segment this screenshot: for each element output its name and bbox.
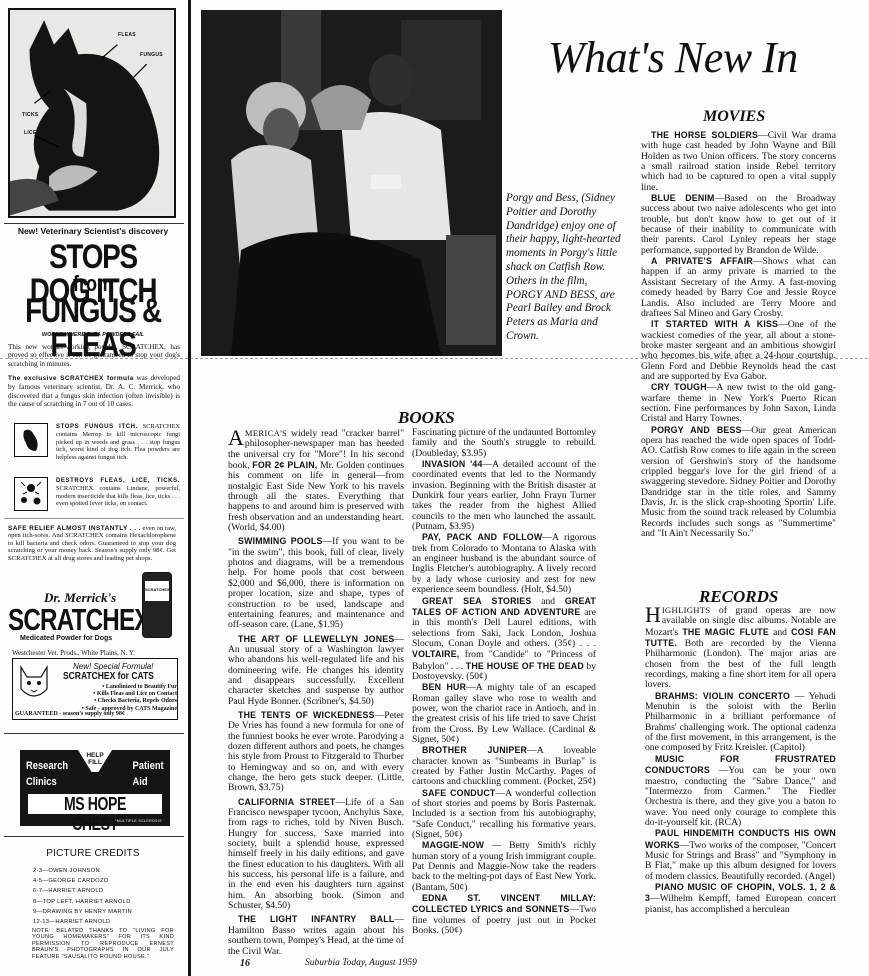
movie-title: CRY TOUGH: [651, 382, 707, 392]
record-title: THE MAGIC FLUTE: [682, 627, 769, 637]
ms-footnote: *MULTIPLE SCLEROSIS: [115, 819, 162, 823]
books-column-1: AMERICA'S widely read "cracker barrel" p…: [228, 428, 404, 960]
intro-caps: IGHLIGHTS: [662, 605, 711, 615]
book-title: INVASION '44: [422, 459, 483, 469]
cats-guarantee: GUARANTEED - season's supply only 98¢: [15, 711, 125, 717]
book-entry: SAFE CONDUCT—A wonderful collection of s…: [412, 788, 596, 841]
ms-help-fill: HELPFILL: [78, 750, 112, 772]
book-entry: THE ART OF LLEWELLYN JONES—An unusual st…: [228, 634, 404, 707]
book-text: —Life of a San Francisco newspaper tycoo…: [228, 797, 404, 911]
credit-item: 8—TOP LEFT, HARRIET ARNOLD: [33, 897, 132, 907]
movie-entry: BLUE DENIM—Based on the Broadway success…: [641, 193, 836, 256]
books-column-2: Fascinating picture of the undaunted Bot…: [412, 428, 596, 937]
book-text: —A rigorous trek from Colorado to Montan…: [412, 532, 596, 595]
intro-caps: MERICA'S: [245, 428, 287, 438]
ms-hope-chest-label: MS HOPE CHEST: [28, 794, 162, 814]
book-text: —Peter De Vries has found a new formula …: [228, 710, 404, 793]
book-entry: SWIMMING POOLS—If you want to be "in the…: [228, 536, 404, 630]
ad-maker: Westchester Vet. Prods., White Plains, N…: [12, 649, 135, 657]
book-title: BEN HUR: [422, 682, 466, 692]
lice-label: LICE: [24, 130, 37, 136]
intro-text: Mr. Golden continues his comment on life…: [228, 460, 404, 533]
cats-special: New! Special Formula!: [73, 662, 153, 671]
book-entry: THE LIGHT INFANTRY BALL—Hamilton Basso w…: [228, 914, 404, 956]
book-title: PAY, PACK AND FOLLOW: [422, 532, 542, 542]
cats-bullet: • Kills Fleas and Lice on Contact: [43, 691, 177, 698]
product-can: SCRATCHEX: [142, 572, 172, 638]
movies-column: THE HORSE SOLDIERS—Civil War drama with …: [641, 130, 836, 539]
book-continuation: Fascinating picture of the undaunted Bot…: [412, 428, 596, 459]
book-title: VOLTAIRE,: [412, 649, 459, 659]
record-entry: MUSIC FOR FRUSTRATED CONDUCTORS —You can…: [645, 754, 836, 828]
ticks-label: TICKS: [22, 112, 39, 118]
movie-text: —One of the wackiest comedies of the yea…: [641, 319, 836, 382]
movie-title: IT STARTED WITH A KISS: [651, 319, 778, 329]
section-title-movies: MOVIES: [703, 108, 765, 126]
magazine-line: Suburbia Today, August 1959: [305, 958, 417, 968]
book-title: SAFE CONDUCT: [422, 788, 496, 798]
ad-paragraph: This new wonder-working powder, SCRATCHE…: [8, 343, 180, 368]
movie-text: —Shows what can happen if an army privat…: [641, 256, 836, 319]
photo-caption: Porgy and Bess, (Sidney Poitier and Doro…: [506, 192, 626, 344]
book-entry: BEN HUR—A mighty tale of an escaped Roma…: [412, 682, 596, 745]
ad-lead: SAFE RELIEF ALMOST INSTANTLY . . .: [8, 525, 141, 532]
divider: [4, 223, 184, 224]
ad-paragraph: The exclusive SCRATCHEX formula was deve…: [8, 374, 180, 409]
drop-cap: A: [228, 429, 244, 446]
ms-right-text: PatientAid: [133, 758, 164, 790]
book-title: THE HOUSE OF THE DEAD: [466, 661, 584, 671]
record-entry: PAUL HINDEMITH CONDUCTS HIS OWN WORKS—Tw…: [645, 828, 836, 882]
column-divider: [188, 0, 191, 976]
fungus-label: FUNGUS: [140, 52, 163, 58]
cats-bullets: • Lanolinized to Beautify Fur • Kills Fl…: [43, 684, 177, 713]
movie-entry: IT STARTED WITH A KISS—One of the wackie…: [641, 319, 836, 382]
ad-subhead: WORKS WHERE FLEA POWDERS FAIL: [0, 332, 186, 338]
book-entry: PAY, PACK AND FOLLOW—A rigorous trek fro…: [412, 532, 596, 595]
picture-credits-title: PICTURE CREDITS: [0, 848, 186, 859]
movie-text: —Civil War drama with huge cast headed b…: [641, 130, 836, 193]
books-intro: AMERICA'S widely read "cracker barrel" p…: [228, 428, 404, 533]
cats-title: SCRATCHEX for CATS: [63, 671, 154, 682]
book-entry: THE TENTS OF WICKEDNESS—Peter De Vries h…: [228, 710, 404, 794]
divider: [4, 518, 184, 519]
fleas-label: FLEAS: [118, 32, 136, 38]
book-text: —If you want to be "in the swim", this b…: [228, 536, 404, 630]
book-title: THE LIGHT INFANTRY BALL: [238, 914, 394, 924]
picture-credits-list: 2-3—OWEN JOHNSON 4-5—GEORGE CARDOZO 6-7—…: [33, 866, 132, 927]
book-title: GREAT SEA STORIES: [422, 596, 531, 606]
cats-formula-box: New! Special Formula! SCRATCHEX for CATS…: [12, 658, 178, 720]
cats-bullet: • Lanolinized to Beautify Fur: [43, 684, 177, 691]
book-text: —A mighty tale of an escaped Roman galle…: [412, 682, 596, 745]
page-number: 16: [240, 958, 250, 969]
credit-item: 4-5—GEORGE CARDOZO: [33, 876, 132, 886]
section-title-books: BOOKS: [398, 408, 455, 428]
intro-text: and: [769, 627, 791, 638]
movie-title: PORGY AND BESS: [651, 425, 742, 435]
fungus-box: [14, 423, 48, 457]
record-text: —Wilhelm Kempff, famed European concert …: [645, 893, 836, 914]
records-column: HIGHLIGHTS of grand operas are now avail…: [645, 605, 836, 915]
ad-lead: The exclusive SCRATCHEX formula: [8, 375, 134, 382]
section-title-records: RECORDS: [699, 587, 778, 607]
book-text: —A detailed account of the coordinated e…: [412, 459, 596, 532]
box-lead: DESTROYS FLEAS, LICE, TICKS.: [56, 478, 180, 484]
ad-tagline: Medicated Powder for Dogs: [20, 635, 112, 642]
movie-text: —Our great American opera has reached th…: [641, 425, 836, 539]
book-text: —An unusual story of a Washington lawyer…: [228, 634, 404, 707]
book-title: THE TENTS OF WICKEDNESS: [238, 710, 375, 720]
movie-title: THE HORSE SOLDIERS: [651, 130, 758, 140]
brand-logo: SCRATCHEX: [8, 602, 150, 638]
record-entry: PIANO MUSIC OF CHOPIN, VOLS. 1, 2 & 3—Wi…: [645, 882, 836, 915]
ad-paragraph: SAFE RELIEF ALMOST INSTANTLY . . . even …: [8, 525, 176, 562]
credit-item: 9—DRAWING BY HENRY MARTIN: [33, 907, 132, 917]
records-intro: HIGHLIGHTS of grand operas are now avail…: [645, 605, 836, 691]
record-text: —You can be your own maestro, conducting…: [645, 765, 836, 828]
record-entry: BRAHMS: VIOLIN CONCERTO — Yehudi Menuhin…: [645, 691, 836, 754]
book-title: THE ART OF LLEWELLYN JONES: [238, 634, 394, 644]
photo-image-icon: [201, 10, 502, 356]
ms-hope-chest-ad: ResearchClinics HELPFILL PatientAid MS H…: [20, 750, 170, 826]
book-title: BROTHER JUNIPER: [422, 745, 527, 755]
book-text: and: [531, 596, 564, 607]
ms-label: Research: [26, 758, 68, 774]
credit-item: 2-3—OWEN JOHNSON: [33, 866, 132, 876]
drop-cap: H: [645, 606, 661, 623]
credit-item: 6-7—HARRIET ARNOLD: [33, 886, 132, 896]
divider: [4, 733, 184, 734]
movie-entry: THE HORSE SOLDIERS—Civil War drama with …: [641, 130, 836, 193]
divider: [4, 836, 184, 837]
record-text: — Yehudi Menuhin is the soloist with the…: [645, 691, 836, 754]
ms-left-text: ResearchClinics: [26, 758, 68, 790]
ad-kicker: New! Veterinary Scientist's discovery: [0, 226, 186, 236]
movie-title: A PRIVATE'S AFFAIR: [651, 256, 753, 266]
ms-label: Patient: [133, 758, 164, 774]
cats-bullet: • Checks Bacteria, Repels Odors: [43, 698, 177, 705]
ms-label: HELP: [78, 752, 112, 759]
box-lead: STOPS FUNGUS ITCH.: [56, 424, 138, 430]
book-entry: BROTHER JUNIPER—A loveable character kno…: [412, 745, 596, 787]
bugs-icon: [17, 480, 45, 508]
record-title: BRAHMS: VIOLIN CONCERTO: [655, 691, 790, 701]
pests-box: [14, 477, 48, 511]
pests-text: DESTROYS FLEAS, LICE, TICKS. SCRATCHEX c…: [56, 477, 180, 508]
book-entry: GREAT SEA STORIES and GREAT TALES OF ACT…: [412, 596, 596, 683]
can-label: SCRATCHEX: [145, 581, 169, 601]
ms-label: Clinics: [26, 774, 68, 790]
book-title: SWIMMING POOLS: [238, 536, 323, 546]
page-title: What's New In: [548, 32, 798, 83]
credit-item: 12-13—HARRIET ARNOLD: [33, 917, 132, 927]
fungus-text: STOPS FUNGUS ITCH. SCRATCHEX contains Me…: [56, 423, 180, 461]
porgy-and-bess-photo: [201, 10, 502, 356]
movie-title: BLUE DENIM: [651, 193, 715, 203]
movie-text: —Based on the Broadway success about two…: [641, 193, 836, 256]
book-entry: INVASION '44—A detailed account of the c…: [412, 459, 596, 532]
ms-label: FILL: [78, 759, 112, 766]
movie-entry: A PRIVATE'S AFFAIR—Shows what can happen…: [641, 256, 836, 319]
book-title: CALIFORNIA STREET: [238, 797, 336, 807]
movie-entry: CRY TOUGH—A new twist to the old gang-wa…: [641, 382, 836, 424]
movie-entry: PORGY AND BESS—Our great American opera …: [641, 425, 836, 540]
credits-note: NOTE: BELATED THANKS TO "LIVING FOR YOUN…: [32, 928, 174, 960]
dog-photo: FLEAS FUNGUS TICKS LICE: [8, 8, 176, 218]
box-text: SCRATCHEX contains Lindane, powerful, mo…: [56, 485, 180, 507]
book-entry: EDNA ST. VINCENT MILLAY: COLLECTED LYRIC…: [412, 893, 596, 936]
ms-main: MS HOPE CHEST: [43, 794, 148, 834]
book-entry: MAGGIE-NOW — Betty Smith's richly human …: [412, 840, 596, 893]
book-title: MAGGIE-NOW: [422, 840, 484, 850]
paw-icon: [20, 427, 42, 453]
book-entry: CALIFORNIA STREET—Life of a San Francisc…: [228, 797, 404, 912]
book-title: FOR 2¢ PLAIN,: [252, 460, 317, 470]
ms-label: Aid: [133, 774, 164, 790]
scratchex-advertisement: FLEAS FUNGUS TICKS LICE New! Veterinary …: [0, 0, 186, 976]
